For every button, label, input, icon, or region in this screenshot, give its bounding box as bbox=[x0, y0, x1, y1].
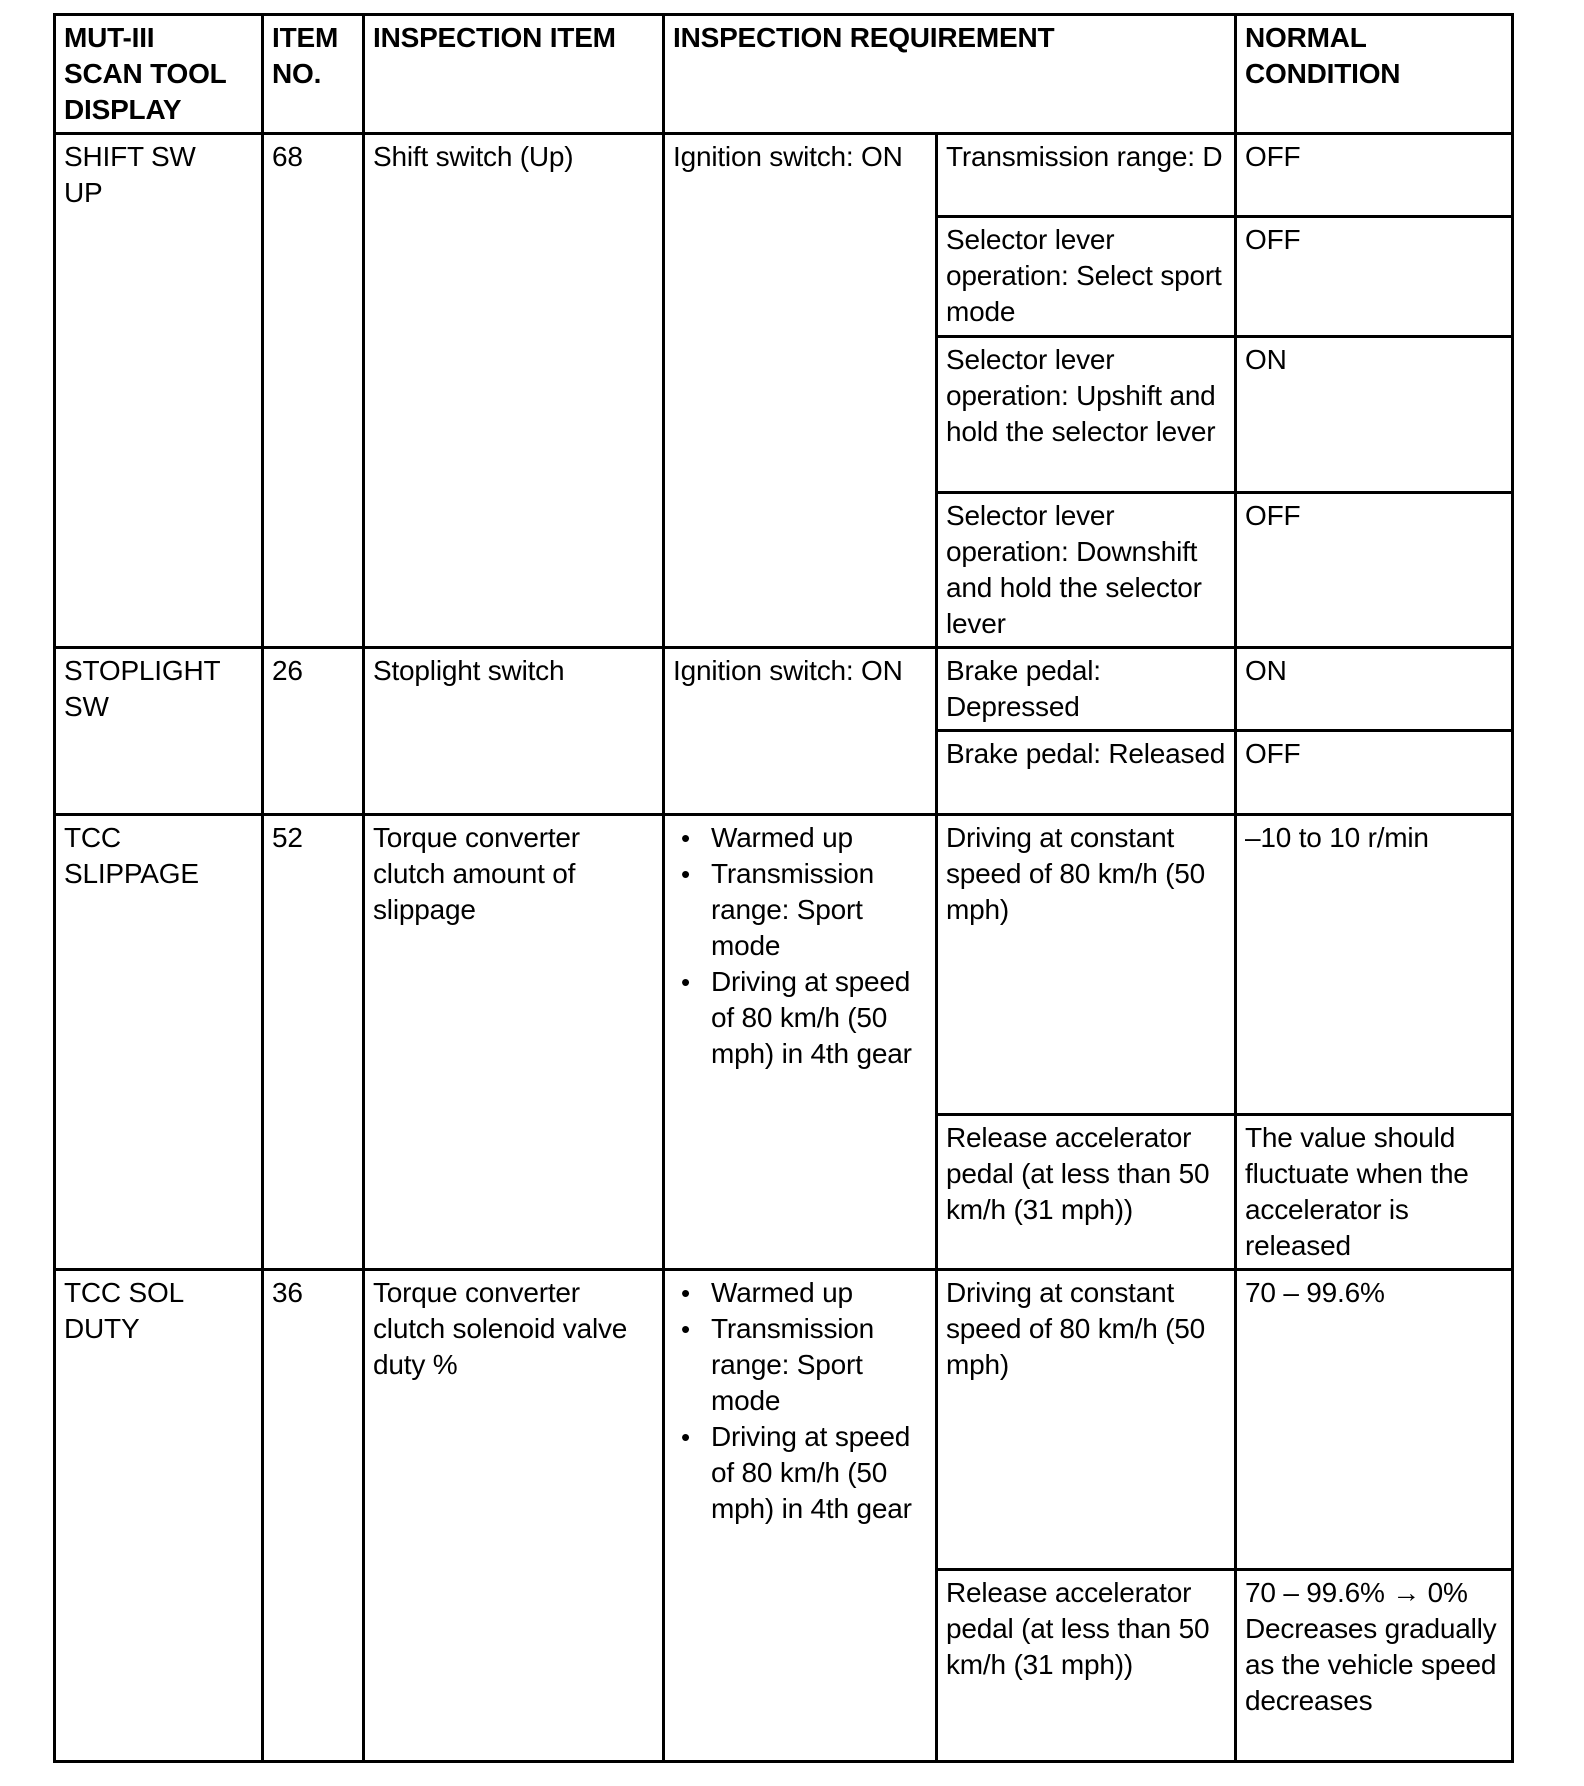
condition-cell: Driving at constant speed of 80 km/h (50… bbox=[937, 815, 1236, 1115]
header-normal-condition: NORMAL CONDITION bbox=[1236, 15, 1513, 134]
requirement-bullet: Transmission range: Sport mode bbox=[711, 1311, 929, 1419]
header-scan-tool-display: MUT-III SCAN TOOL DISPLAY bbox=[55, 15, 263, 134]
scan-tool-display-cell: SHIFT SW UP bbox=[55, 134, 263, 648]
requirement-bullet: Driving at speed of 80 km/h (50 mph) in … bbox=[711, 1419, 929, 1527]
requirement-cell: Ignition switch: ON bbox=[664, 134, 937, 648]
normal-condition-cell: OFF bbox=[1236, 731, 1513, 815]
table-row: SHIFT SW UP 68 Shift switch (Up) Ignitio… bbox=[55, 134, 1513, 217]
requirement-cell: Warmed up Transmission range: Sport mode… bbox=[664, 815, 937, 1270]
condition-cell: Selector lever operation: Select sport m… bbox=[937, 217, 1236, 337]
condition-cell: Brake pedal: Depressed bbox=[937, 648, 1236, 731]
normal-condition-cell: 70 – 99.6% bbox=[1236, 1270, 1513, 1570]
table-row: STOPLIGHT SW 26 Stoplight switch Ignitio… bbox=[55, 648, 1513, 731]
requirement-bullet: Driving at speed of 80 km/h (50 mph) in … bbox=[711, 964, 929, 1072]
normal-condition-cell: The value should fluctuate when the acce… bbox=[1236, 1115, 1513, 1270]
normal-condition-cell: 70 – 99.6% → 0% Decreases gradually as t… bbox=[1236, 1570, 1513, 1762]
requirement-cell: Warmed up Transmission range: Sport mode… bbox=[664, 1270, 937, 1762]
inspection-item-cell: Stoplight switch bbox=[364, 648, 664, 815]
header-item-no: ITEM NO. bbox=[263, 15, 364, 134]
inspection-table: MUT-III SCAN TOOL DISPLAY ITEM NO. INSPE… bbox=[53, 13, 1514, 1763]
condition-cell: Selector lever operation: Upshift and ho… bbox=[937, 337, 1236, 493]
table-row: TCC SLIPPAGE 52 Torque converter clutch … bbox=[55, 815, 1513, 1115]
normal-condition-cell: ON bbox=[1236, 337, 1513, 493]
condition-cell: Selector lever operation: Downshift and … bbox=[937, 493, 1236, 648]
item-no-cell: 52 bbox=[263, 815, 364, 1270]
normal-condition-cell: OFF bbox=[1236, 134, 1513, 217]
inspection-item-cell: Shift switch (Up) bbox=[364, 134, 664, 648]
scan-tool-display-cell: STOPLIGHT SW bbox=[55, 648, 263, 815]
condition-cell: Driving at constant speed of 80 km/h (50… bbox=[937, 1270, 1236, 1570]
header-inspection-requirement: INSPECTION REQUIREMENT bbox=[664, 15, 1236, 134]
header-inspection-item: INSPECTION ITEM bbox=[364, 15, 664, 134]
condition-cell: Release accelerator pedal (at less than … bbox=[937, 1115, 1236, 1270]
requirement-bullet: Warmed up bbox=[711, 1275, 929, 1311]
item-no-cell: 68 bbox=[263, 134, 364, 648]
normal-condition-cell: OFF bbox=[1236, 217, 1513, 337]
scan-tool-display-cell: TCC SOL DUTY bbox=[55, 1270, 263, 1762]
requirement-bullet: Transmission range: Sport mode bbox=[711, 856, 929, 964]
condition-cell: Brake pedal: Released bbox=[937, 731, 1236, 815]
table-row: TCC SOL DUTY 36 Torque converter clutch … bbox=[55, 1270, 1513, 1570]
scan-tool-display-cell: TCC SLIPPAGE bbox=[55, 815, 263, 1270]
requirement-list: Warmed up Transmission range: Sport mode… bbox=[673, 1275, 929, 1527]
item-no-cell: 26 bbox=[263, 648, 364, 815]
condition-cell: Release accelerator pedal (at less than … bbox=[937, 1570, 1236, 1762]
condition-cell: Transmission range: D bbox=[937, 134, 1236, 217]
inspection-item-cell: Torque converter clutch solenoid valve d… bbox=[364, 1270, 664, 1762]
item-no-cell: 36 bbox=[263, 1270, 364, 1762]
normal-condition-cell: ON bbox=[1236, 648, 1513, 731]
normal-condition-cell: –10 to 10 r/min bbox=[1236, 815, 1513, 1115]
inspection-item-cell: Torque converter clutch amount of slippa… bbox=[364, 815, 664, 1270]
requirement-bullet: Warmed up bbox=[711, 820, 929, 856]
table-header-row: MUT-III SCAN TOOL DISPLAY ITEM NO. INSPE… bbox=[55, 15, 1513, 134]
requirement-list: Warmed up Transmission range: Sport mode… bbox=[673, 820, 929, 1072]
requirement-cell: Ignition switch: ON bbox=[664, 648, 937, 815]
normal-condition-cell: OFF bbox=[1236, 493, 1513, 648]
